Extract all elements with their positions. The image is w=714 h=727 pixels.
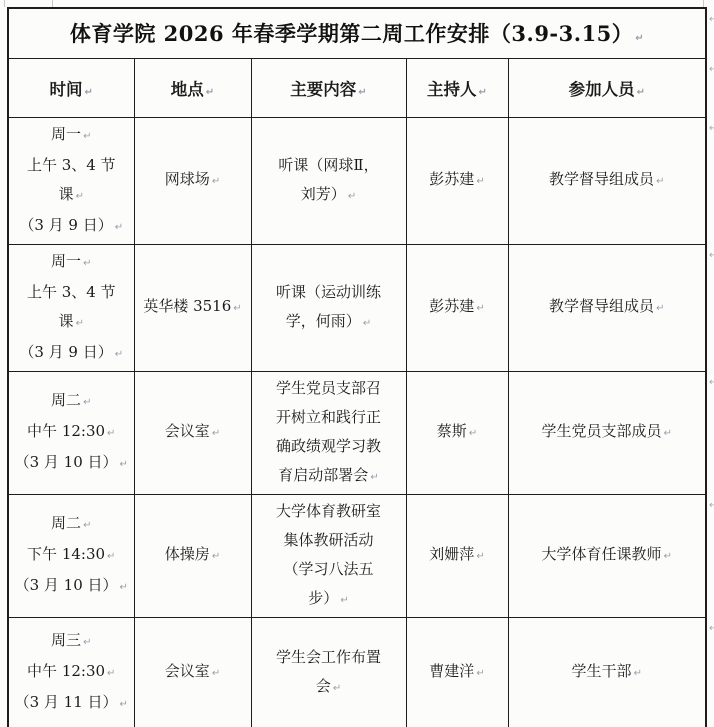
cell-line-text: 学生党员支部召 [276, 379, 381, 397]
paragraph-mark-icon: ↵ [333, 683, 341, 694]
cell-line: 学生党员支部成员↵ [512, 417, 703, 448]
cell-line: 中午 12:30↵ [12, 657, 131, 688]
cell-line: 刘芳）↵ [255, 180, 403, 211]
cell-time: 周二↵下午 14:30↵（3 月 10 日）↵ [8, 494, 134, 617]
cell-line: （3 月 9 日）↵ [12, 338, 131, 369]
cell-line: 周二↵ [12, 386, 131, 417]
cell-host: 彭苏建↵ [406, 117, 508, 244]
paragraph-mark-icon: ↵ [476, 551, 484, 562]
row-end-paragraph-mark: ↵ [709, 14, 714, 25]
cell-line-text: 课 [59, 185, 74, 203]
cell-line-text: 中午 12:30 [27, 422, 105, 440]
cell-line: 学生干部↵ [512, 657, 703, 688]
paragraph-mark-icon: ↵ [476, 668, 484, 679]
cell-line-text: 会议室 [165, 662, 210, 680]
cell-line: 上午 3、4 节 [12, 278, 131, 307]
cell-line: 确政绩观学习教 [255, 432, 403, 461]
cell-line-text: 会议室 [165, 422, 210, 440]
cell-line: 育启动部署会↵ [255, 461, 403, 492]
cell-line: （3 月 11 日）↵ [12, 688, 131, 719]
cell-line: 网球场↵ [138, 165, 248, 196]
cell-content: 听课（运动训练学，何雨）↵ [251, 244, 406, 371]
paragraph-mark-icon: ↵ [206, 87, 214, 98]
cell-line: 学生会工作布置 [255, 643, 403, 672]
cell-line-text: 刘姗萍 [429, 545, 474, 563]
paragraph-mark-icon: ↵ [107, 428, 115, 439]
cell-line-text: （学习八法五 [283, 560, 373, 578]
cell-line: （学习八法五 [255, 555, 403, 584]
cell-time: 周一↵上午 3、4 节课↵（3 月 9 日）↵ [8, 117, 134, 244]
cell-line-text: 开树立和践行正 [276, 408, 381, 426]
cell-line: 体操房↵ [138, 540, 248, 571]
cell-line: 会议室↵ [138, 657, 248, 688]
cell-line: 教学督导组成员↵ [512, 292, 703, 323]
paragraph-mark-icon: ↵ [637, 87, 645, 98]
cell-line-text: 确政绩观学习教 [276, 437, 381, 455]
cell-location: 网球场↵ [134, 117, 251, 244]
cell-line-text: （3 月 10 日） [15, 453, 118, 471]
row-end-paragraph-mark: ↵ [709, 123, 714, 134]
cell-line-text: （3 月 10 日） [15, 576, 118, 594]
header-row: 时间↵地点↵主要内容↵主持人↵参加人员↵ [8, 58, 706, 117]
paragraph-mark-icon: ↵ [469, 428, 477, 439]
cell-participants: 学生党员支部成员↵ [508, 371, 706, 494]
cell-time: 周一↵上午 3、4 节课↵（3 月 9 日）↵ [8, 244, 134, 371]
cell-line-text: 学生会工作布置 [276, 648, 381, 666]
cell-participants: 教学督导组成员↵ [508, 117, 706, 244]
cell-line-text: 周二 [51, 514, 81, 532]
paragraph-mark-icon: ↵ [656, 303, 664, 314]
cell-line: 教学督导组成员↵ [512, 165, 703, 196]
cell-line-text: 会 [316, 677, 331, 695]
paragraph-mark-icon: ↵ [634, 668, 642, 679]
cell-line-text: 教学督导组成员 [549, 297, 654, 315]
cell-line: 学，何雨）↵ [255, 307, 403, 338]
cell-line: 彭苏建↵ [410, 292, 505, 323]
cell-line-text: 周一 [51, 252, 81, 270]
cell-line: 大学体育任课教师↵ [512, 540, 703, 571]
paragraph-mark-icon: ↵ [76, 318, 84, 329]
title-row: 体育学院 2026 年春季学期第二周工作安排（3.9-3.15）↵ [8, 8, 706, 58]
cell-line: 开树立和践行正 [255, 403, 403, 432]
cell-line: 上午 3、4 节 [12, 151, 131, 180]
cell-line-text: 蔡斯 [437, 422, 467, 440]
paragraph-mark-icon: ↵ [635, 33, 644, 44]
paragraph-mark-icon: ↵ [348, 191, 356, 202]
cell-host: 蔡斯↵ [406, 371, 508, 494]
cell-line-text: 育启动部署会 [278, 466, 368, 484]
cell-line: 听课（网球Ⅱ， [255, 151, 403, 180]
cell-line: 学生党员支部召 [255, 374, 403, 403]
cell-line-text: 听课（运动训练 [276, 283, 381, 301]
column-header-label: 参加人员 [569, 80, 635, 99]
cell-line-text: 体操房 [165, 545, 210, 563]
cell-line-text: 集体教研活动 [283, 531, 373, 549]
paragraph-mark-icon: ↵ [664, 428, 672, 439]
paragraph-mark-icon: ↵ [76, 191, 84, 202]
cell-line-text: 大学体育任课教师 [542, 545, 662, 563]
cell-line-text: 步） [308, 589, 338, 607]
paragraph-mark-icon: ↵ [83, 520, 91, 531]
paragraph-mark-icon: ↵ [479, 87, 487, 98]
column-header-label: 时间 [50, 80, 83, 99]
schedule-table: 体育学院 2026 年春季学期第二周工作安排（3.9-3.15）↵ 时间↵地点↵… [7, 7, 707, 727]
table-row: 周二↵下午 14:30↵（3 月 10 日）↵ 体操房↵ 大学体育教研室集体教研… [8, 494, 706, 617]
cell-location: 英华楼 3516↵ [134, 244, 251, 371]
paragraph-mark-icon: ↵ [85, 87, 93, 98]
column-header-3: 主持人↵ [406, 58, 508, 117]
paragraph-mark-icon: ↵ [233, 303, 241, 314]
cell-line-text: （3 月 11 日） [15, 693, 118, 711]
paragraph-mark-icon: ↵ [83, 131, 91, 142]
cell-line-text: 周一 [51, 125, 81, 143]
cell-line-text: 下午 14:30 [27, 545, 105, 563]
column-header-label: 地点 [171, 80, 204, 99]
paragraph-mark-icon: ↵ [83, 637, 91, 648]
paragraph-mark-icon: ↵ [83, 397, 91, 408]
cell-host: 彭苏建↵ [406, 244, 508, 371]
row-end-paragraph-mark: ↵ [709, 64, 714, 75]
cell-line-text: 学生干部 [572, 662, 632, 680]
cell-line-text: 网球场 [165, 170, 210, 188]
gridline-stub [4, 0, 5, 7]
gridline-stub [52, 0, 53, 7]
cell-line-text: 听课（网球Ⅱ， [278, 156, 378, 174]
cell-line-text: （3 月 9 日） [19, 343, 112, 361]
paragraph-mark-icon: ↵ [212, 668, 220, 679]
table-row: 周一↵上午 3、4 节课↵（3 月 9 日）↵ 网球场↵ 听课（网球Ⅱ，刘芳）↵… [8, 117, 706, 244]
paragraph-mark-icon: ↵ [120, 459, 128, 470]
cell-line-text: 中午 12:30 [27, 662, 105, 680]
cell-line: 集体教研活动 [255, 526, 403, 555]
cell-line-text: 大学体育教研室 [276, 502, 381, 520]
table-title: 体育学院 2026 年春季学期第二周工作安排（3.9-3.15）↵ [8, 8, 706, 58]
cell-line: 大学体育教研室 [255, 497, 403, 526]
cell-line-text: 曹建洋 [429, 662, 474, 680]
cell-line: （3 月 9 日）↵ [12, 211, 131, 242]
gridline-stub [703, 0, 704, 7]
cell-participants: 大学体育任课教师↵ [508, 494, 706, 617]
cell-location: 体操房↵ [134, 494, 251, 617]
paragraph-mark-icon: ↵ [370, 472, 378, 483]
paragraph-mark-icon: ↵ [120, 699, 128, 710]
cell-line: 下午 14:30↵ [12, 540, 131, 571]
cell-location: 会议室↵ [134, 617, 251, 727]
cell-time: 周三↵中午 12:30↵（3 月 11 日）↵ [8, 617, 134, 727]
paragraph-mark-icon: ↵ [115, 222, 123, 233]
cell-line: 听课（运动训练 [255, 278, 403, 307]
cell-line-text: 上午 3、4 节 [27, 283, 116, 301]
cell-participants: 学生干部↵ [508, 617, 706, 727]
cell-line-text: 教学督导组成员 [549, 170, 654, 188]
cell-line: 中午 12:30↵ [12, 417, 131, 448]
cell-host: 曹建洋↵ [406, 617, 508, 727]
cell-content: 学生党员支部召开树立和践行正确政绩观学习教育启动部署会↵ [251, 371, 406, 494]
row-end-paragraph-mark: ↵ [709, 500, 714, 511]
paragraph-mark-icon: ↵ [120, 582, 128, 593]
paragraph-mark-icon: ↵ [212, 176, 220, 187]
cell-time: 周二↵中午 12:30↵（3 月 10 日）↵ [8, 371, 134, 494]
column-header-2: 主要内容↵ [251, 58, 406, 117]
cell-participants: 教学督导组成员↵ [508, 244, 706, 371]
cell-line: 会议室↵ [138, 417, 248, 448]
column-header-label: 主要内容 [290, 80, 356, 99]
paragraph-mark-icon: ↵ [363, 318, 371, 329]
table-row: 周二↵中午 12:30↵（3 月 10 日）↵ 会议室↵ 学生党员支部召开树立和… [8, 371, 706, 494]
cell-line: 周三↵ [12, 626, 131, 657]
cell-line-text: 彭苏建 [429, 297, 474, 315]
cell-line: 步）↵ [255, 584, 403, 615]
cell-line: 蔡斯↵ [410, 417, 505, 448]
cell-line: 周二↵ [12, 509, 131, 540]
cell-line: 课↵ [12, 307, 131, 338]
paragraph-mark-icon: ↵ [107, 551, 115, 562]
paragraph-mark-icon: ↵ [115, 349, 123, 360]
cell-line: 会↵ [255, 672, 403, 703]
table-row: 周一↵上午 3、4 节课↵（3 月 9 日）↵ 英华楼 3516↵ 听课（运动训… [8, 244, 706, 371]
paragraph-mark-icon: ↵ [358, 87, 366, 98]
paragraph-mark-icon: ↵ [664, 551, 672, 562]
column-header-0: 时间↵ [8, 58, 134, 117]
document-page: { "title": "体育学院 2026 年春季学期第二周工作安排（3.9-3… [0, 0, 714, 727]
paragraph-mark-icon: ↵ [476, 176, 484, 187]
row-end-paragraph-mark: ↵ [709, 623, 714, 634]
cell-line-text: 周二 [51, 391, 81, 409]
cell-line: （3 月 10 日）↵ [12, 571, 131, 602]
table-title-text: 体育学院 2026 年春季学期第二周工作安排（3.9-3.15） [70, 21, 633, 46]
column-header-label: 主持人 [427, 80, 477, 99]
cell-line: 曹建洋↵ [410, 657, 505, 688]
cell-line-text: 学生党员支部成员 [542, 422, 662, 440]
cell-line-text: 上午 3、4 节 [27, 156, 116, 174]
row-end-paragraph-mark: ↵ [709, 250, 714, 261]
paragraph-mark-icon: ↵ [212, 551, 220, 562]
table-row: 周三↵中午 12:30↵（3 月 11 日）↵ 会议室↵ 学生会工作布置会↵ 曹… [8, 617, 706, 727]
cell-line: 彭苏建↵ [410, 165, 505, 196]
row-end-paragraph-mark: ↵ [709, 377, 714, 388]
column-header-4: 参加人员↵ [508, 58, 706, 117]
cell-line: 周一↵ [12, 120, 131, 151]
cell-line-text: 刘芳） [301, 185, 346, 203]
cell-line-text: （3 月 9 日） [19, 216, 112, 234]
cell-line-text: 学，何雨） [286, 312, 361, 330]
paragraph-mark-icon: ↵ [107, 668, 115, 679]
cell-line-text: 英华楼 3516 [143, 297, 231, 315]
column-header-1: 地点↵ [134, 58, 251, 117]
paragraph-mark-icon: ↵ [83, 258, 91, 269]
paragraph-mark-icon: ↵ [212, 428, 220, 439]
cell-line-text: 周三 [51, 631, 81, 649]
paragraph-mark-icon: ↵ [656, 176, 664, 187]
cell-location: 会议室↵ [134, 371, 251, 494]
cell-line-text: 彭苏建 [429, 170, 474, 188]
cell-line: 周一↵ [12, 247, 131, 278]
cell-line: 刘姗萍↵ [410, 540, 505, 571]
paragraph-mark-icon: ↵ [476, 303, 484, 314]
paragraph-mark-icon: ↵ [340, 595, 348, 606]
cell-line: 课↵ [12, 180, 131, 211]
cell-content: 学生会工作布置会↵ [251, 617, 406, 727]
cell-content: 听课（网球Ⅱ，刘芳）↵ [251, 117, 406, 244]
cell-content: 大学体育教研室集体教研活动（学习八法五步）↵ [251, 494, 406, 617]
cell-host: 刘姗萍↵ [406, 494, 508, 617]
cell-line: （3 月 10 日）↵ [12, 448, 131, 479]
cell-line: 英华楼 3516↵ [138, 292, 248, 323]
cell-line-text: 课 [59, 312, 74, 330]
